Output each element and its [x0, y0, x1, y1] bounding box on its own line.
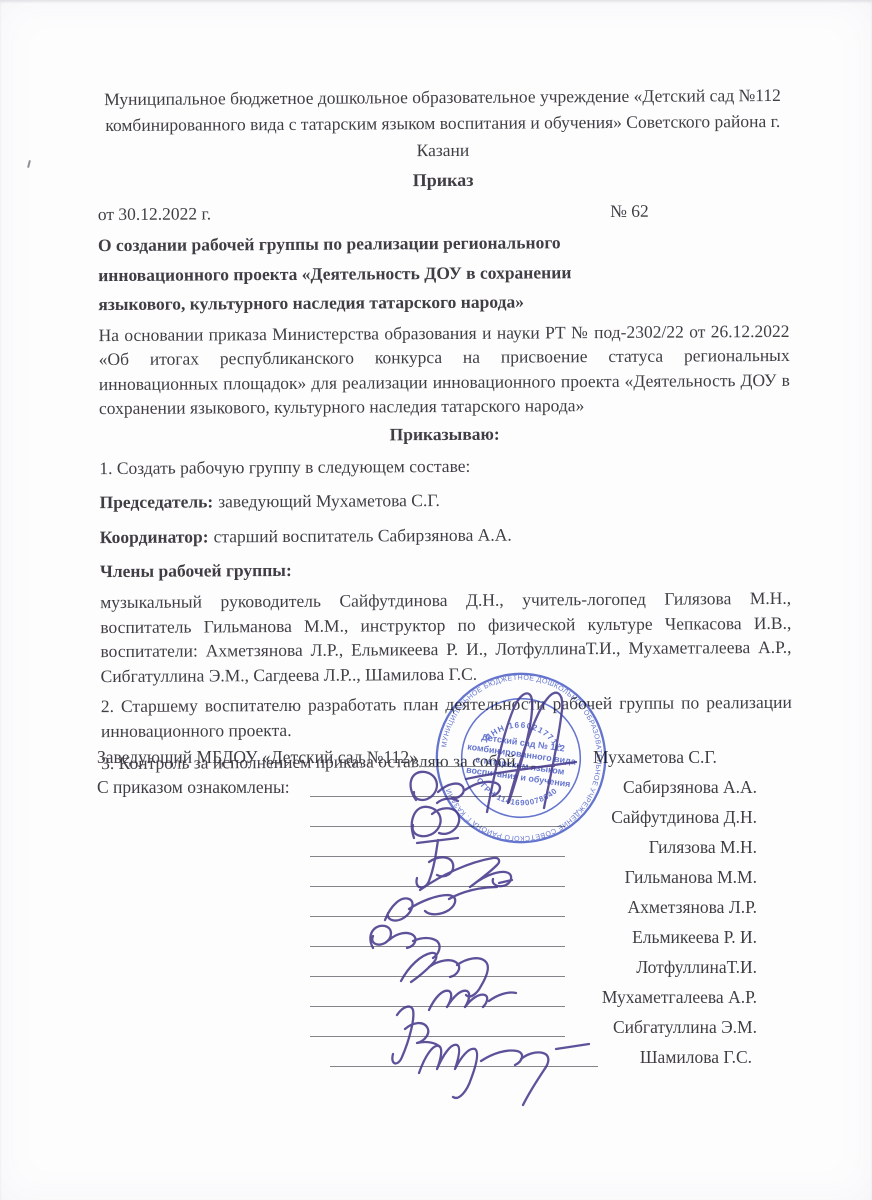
signature-line: [330, 1066, 598, 1067]
order-date: от 30.12.2022 г.: [98, 201, 211, 226]
order-basis-paragraph: На основании приказа Министерства образо…: [98, 319, 790, 422]
coordinator-label: Координатор:: [100, 526, 209, 547]
ack-row: Ельмикеева Р. И.: [97, 922, 788, 952]
ack-row: ЛотфуллинаТ.И.: [97, 952, 788, 982]
role-coordinator: Координатор:старший воспитатель Сабирзян…: [100, 521, 791, 550]
resolution-heading: Приказываю:: [99, 420, 790, 449]
document-title: Приказ: [98, 166, 789, 195]
ack-row: Сибгатуллина Э.М.: [97, 1012, 788, 1042]
date-number-row: от 30.12.2022 г. № 62: [98, 198, 789, 227]
ack-name: Сабирзянова А.А.: [623, 777, 757, 798]
subject-line-1: О создании рабочей группы по реализации …: [98, 227, 789, 261]
ack-name: Ельмикеева Р. И.: [632, 927, 757, 948]
order-item-1: 1. Создать рабочую группу в следующем со…: [99, 451, 790, 480]
ack-name: Гильманова М.М.: [625, 867, 757, 888]
chair-value: заведующий Мухаметова С.Г.: [218, 490, 440, 511]
ack-row: Гилязова М.Н.: [97, 832, 788, 862]
subject-line-3: языкового, культурного наследия татарско…: [98, 286, 789, 320]
org-name-header: Муниципальное бюджетное дошкольное образ…: [97, 82, 788, 165]
coordinator-value: старший воспитатель Сабирзянова А.А.: [214, 524, 512, 546]
official-round-stamp: МУНИЦИПАЛЬНОЕ БЮДЖЕТНОЕ ДОШКОЛЬНОЕ ОБРАЗ…: [422, 659, 621, 858]
signature-line: [310, 916, 565, 917]
ack-row: Шамилова Г.С.: [97, 1042, 788, 1072]
role-chair: Председатель:заведующий Мухаметова С.Г.: [99, 486, 790, 515]
ack-row: Ахметзянова Л.Р.: [97, 892, 788, 922]
ack-name: Сибгатуллина Э.М.: [613, 1017, 757, 1038]
signoff-name: Мухаметова С.Г.: [593, 747, 717, 768]
order-number: № 62: [610, 199, 649, 224]
signature-line: [310, 856, 565, 857]
ack-name: Шамилова Г.С.: [640, 1047, 752, 1068]
order-subject: О создании рабочей группы по реализации …: [98, 227, 790, 319]
ack-name: Ахметзянова Л.Р.: [627, 897, 757, 918]
ack-name: ЛотфуллинаТ.И.: [636, 957, 757, 978]
scan-speck: [27, 160, 31, 168]
signature-line: [310, 1036, 565, 1037]
chair-label: Председатель:: [99, 492, 213, 513]
ack-label: С приказом ознакомлены:: [97, 777, 290, 798]
signature-line: [310, 946, 565, 947]
signature-line: [310, 1006, 565, 1007]
signature-line: [310, 886, 565, 887]
ack-name: Сайфутдинова Д.Н.: [611, 807, 757, 828]
ack-name: Мухаметгалеева А.Р.: [602, 987, 757, 1008]
ack-row: Гильманова М.М.: [97, 862, 788, 892]
signoff-label: Заведующий МБДОУ «Детский сад №112»: [97, 747, 418, 768]
ack-row: Мухаметгалеева А.Р.: [97, 982, 788, 1012]
scanned-order-page: Муниципальное бюджетное дошкольное образ…: [0, 0, 872, 1200]
subject-line-2: инновационного проекта «Деятельность ДОУ…: [98, 257, 789, 291]
members-heading: Члены рабочей группы:: [100, 555, 791, 584]
signature-line: [310, 976, 565, 977]
ack-name: Гилязова М.Н.: [649, 837, 757, 858]
